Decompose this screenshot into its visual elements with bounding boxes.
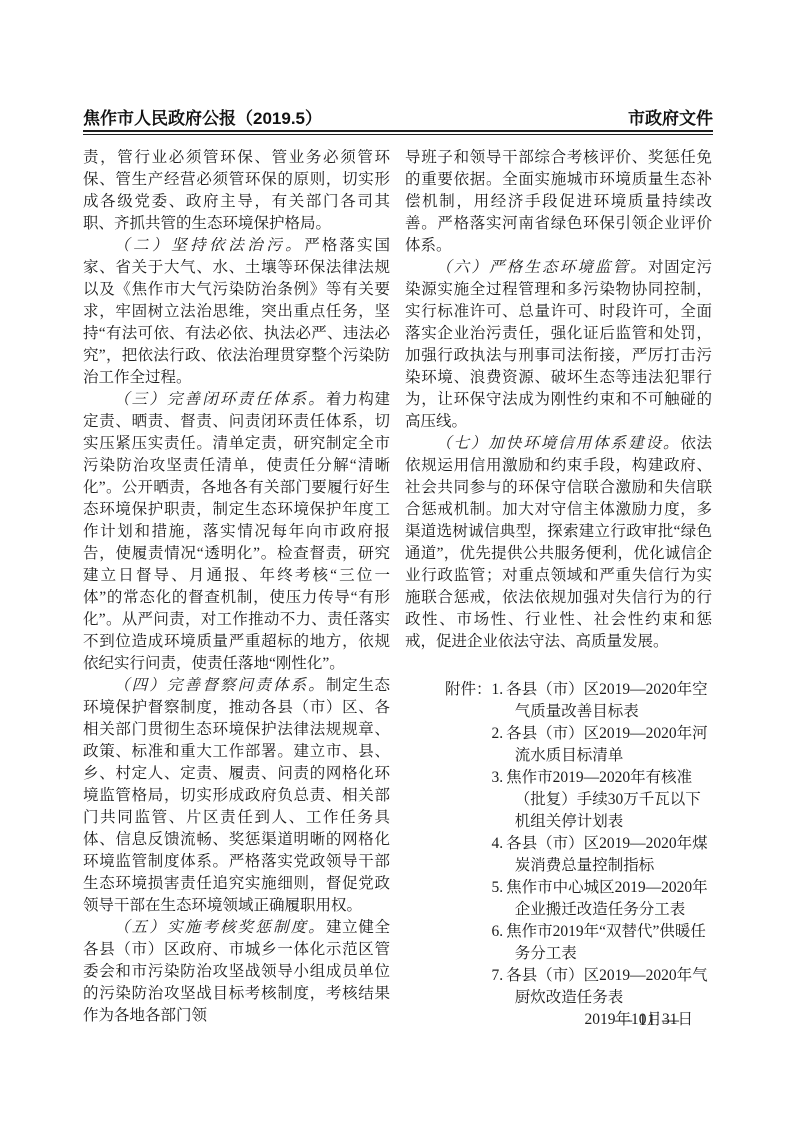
document-page: 焦作市人民政府公报（2019.5） 市政府文件 责，管行业必须管环保、管业务必须… [0, 0, 793, 1122]
attachments-row: 附件： 1.各县（市）区2019—2020年空气质量改善目标表 2.各县（市）区… [405, 679, 712, 1009]
attachment-item: 7.各县（市）区2019—2020年气厨炊改造任务表 [492, 965, 712, 1009]
attachment-title: 焦作市2019—2020年有核准（批复）手续30万千瓦以下机组关停计划表 [506, 769, 701, 830]
attachment-title: 各县（市）区2019—2020年河流水质目标清单 [506, 725, 708, 764]
attachment-number: 6. [492, 923, 504, 940]
paragraph-text: 责，管行业必须管环保、管业务必须管环保、管生产经营必须管环保的原则，切实形成各级… [83, 149, 390, 232]
attachment-item: 2.各县（市）区2019—2020年河流水质目标清单 [492, 723, 712, 767]
paragraph-section-2: （二）坚持依法治污。严格落实国家、省关于大气、水、土壤等环保法律法规以及《焦作市… [83, 235, 390, 389]
attachment-item: 6.焦作市2019年“双替代”供暖任务分工表 [492, 921, 712, 965]
paragraph-continuation: 导班子和领导干部综合考核评价、奖惩任免的重要依据。全面实施城市环境质量生态补偿机… [405, 147, 712, 257]
section-heading: （五）实施考核奖惩制度。 [114, 919, 326, 936]
header-divider [83, 130, 713, 135]
attachment-title: 焦作市中心城区2019—2020年企业搬迁改造任务分工表 [506, 879, 708, 918]
attachment-item: 4.各县（市）区2019—2020年煤炭消费总量控制指标 [492, 833, 712, 877]
section-heading: （六）严格生态环境监管。 [436, 259, 648, 276]
paragraph-text: 严格落实国家、省关于大气、水、土壤等环保法律法规以及《焦作市大气污染防治条例》等… [83, 237, 390, 386]
paragraph-section-6: （六）严格生态环境监管。对固定污染源实施全过程管理和多污染物协同控制，实行标准许… [405, 257, 712, 433]
attachment-item: 1.各县（市）区2019—2020年空气质量改善目标表 [492, 679, 712, 723]
attachment-title: 各县（市）区2019—2020年空气质量改善目标表 [506, 681, 708, 720]
paragraph-text: 导班子和领导干部综合考核评价、奖惩任免的重要依据。全面实施城市环境质量生态补偿机… [405, 149, 712, 254]
gazette-title: 焦作市人民政府公报（2019.5） [83, 104, 322, 129]
body-columns: 责，管行业必须管环保、管业务必须管环保、管生产经营必须管环保的原则，切实形成各级… [83, 147, 713, 1031]
paragraph-section-3: （三）完善闭环责任体系。着力构建定责、晒责、督责、问责闭环责任体系，切实压紧压实… [83, 389, 390, 675]
attachment-number: 1. [492, 681, 504, 698]
attachment-number: 5. [492, 879, 504, 896]
attachment-title: 焦作市2019年“双替代”供暖任务分工表 [506, 923, 706, 962]
paragraph-text: 依法依规运用信用激励和约束手段，构建政府、社会共同参与的环保守信联合激励和失信联… [405, 435, 712, 650]
attachments-list: 1.各县（市）区2019—2020年空气质量改善目标表 2.各县（市）区2019… [492, 679, 712, 1009]
right-column: 导班子和领导干部综合考核评价、奖惩任免的重要依据。全面实施城市环境质量生态补偿机… [405, 147, 712, 1031]
paragraph-text: 对固定污染源实施全过程管理和多污染物协同控制，实行标准许可、总量许可、时段许可，… [405, 259, 712, 430]
paragraph-section-7: （七）加快环境信用体系建设。依法依规运用信用激励和约束手段，构建政府、社会共同参… [405, 433, 712, 653]
attachments-label: 附件： [445, 679, 492, 1009]
attachment-item: 3.焦作市2019—2020年有核准（批复）手续30万千瓦以下机组关停计划表 [492, 767, 712, 833]
attachment-number: 4. [492, 835, 504, 852]
paragraph-section-4: （四）完善督察问责体系。制定生态环境保护督察制度，推动各县（市）区、各相关部门贯… [83, 675, 390, 917]
page-number: — 11 — [615, 1010, 680, 1030]
section-heading: （七）加快环境信用体系建设。 [436, 435, 681, 452]
section-heading: （三）完善闭环责任体系。 [114, 391, 326, 408]
attachment-title: 各县（市）区2019—2020年气厨炊改造任务表 [506, 967, 708, 1006]
paragraph-text: 制定生态环境保护督察制度，推动各县（市）区、各相关部门贯彻生态环境保护法律法规规… [83, 677, 390, 914]
page-header: 焦作市人民政府公报（2019.5） 市政府文件 [83, 104, 713, 129]
document-category-label: 市政府文件 [628, 104, 713, 129]
paragraph-continuation: 责，管行业必须管环保、管业务必须管环保、管生产经营必须管环保的原则，切实形成各级… [83, 147, 390, 235]
paragraph-section-5: （五）实施考核奖惩制度。建立健全各县（市）区政府、市城乡一体化示范区管委会和市污… [83, 917, 390, 1027]
section-heading: （四）完善督察问责体系。 [114, 677, 326, 694]
attachment-number: 2. [492, 725, 504, 742]
attachment-title: 各县（市）区2019—2020年煤炭消费总量控制指标 [506, 835, 708, 874]
attachment-number: 7. [492, 967, 504, 984]
section-heading: （二）坚持依法治污。 [114, 237, 304, 254]
attachment-number: 3. [492, 769, 504, 786]
left-column: 责，管行业必须管环保、管业务必须管环保、管生产经营必须管环保的原则，切实形成各级… [83, 147, 390, 1031]
attachment-item: 5.焦作市中心城区2019—2020年企业搬迁改造任务分工表 [492, 877, 712, 921]
attachments-block: 附件： 1.各县（市）区2019—2020年空气质量改善目标表 2.各县（市）区… [405, 679, 712, 1031]
paragraph-text: 着力构建定责、晒责、督责、问责闭环责任体系，切实压紧压实责任。清单定责，研究制定… [83, 391, 390, 672]
